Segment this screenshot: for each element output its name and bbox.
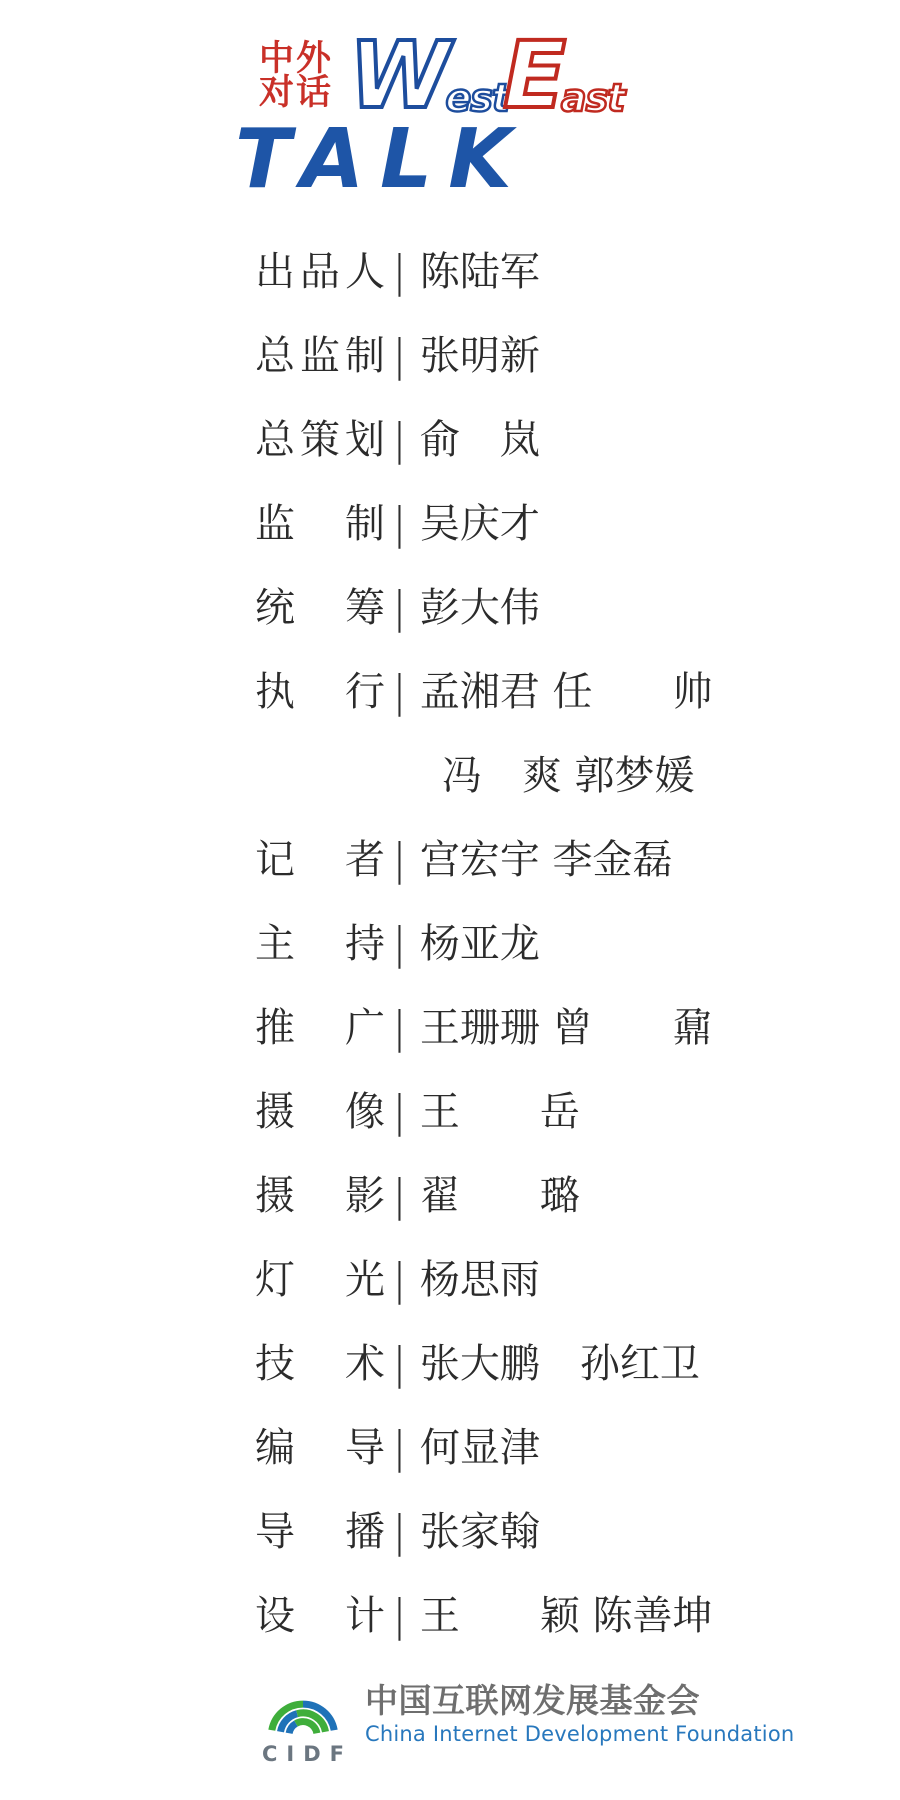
credit-role-label: 监制 bbox=[255, 482, 385, 566]
credit-row: 出品人 | 陈陆军 bbox=[255, 230, 713, 314]
credit-row: 统筹 | 彭大伟 bbox=[255, 566, 713, 650]
we-west-initial: W bbox=[349, 34, 450, 119]
pipe-divider: | bbox=[392, 1154, 407, 1238]
brand-talk-wordmark: TALK bbox=[235, 125, 624, 195]
pipe-divider: | bbox=[392, 1490, 407, 1574]
credit-row: 记者 | 宫宏宇 李金磊 bbox=[255, 818, 713, 902]
credit-names: 王 岳 bbox=[420, 1070, 580, 1154]
credit-names: 彭大伟 bbox=[420, 566, 540, 650]
credit-role-label: 灯光 bbox=[255, 1238, 385, 1322]
credit-row: 摄影 | 翟 璐 bbox=[255, 1154, 713, 1238]
credit-row: 总监制 | 张明新 bbox=[255, 314, 713, 398]
pipe-divider: | bbox=[392, 818, 407, 902]
credit-names-multiline: 孟湘君 任 帅 冯 爽 郭梦媛 bbox=[420, 650, 713, 818]
cidf-acronym-label: CIDF bbox=[253, 1742, 353, 1766]
credit-role-label: 统筹 bbox=[255, 566, 385, 650]
credit-role-label: 设计 bbox=[255, 1574, 385, 1658]
pipe-divider: | bbox=[392, 398, 407, 482]
we-east-suffix: ast bbox=[561, 79, 624, 117]
brand-logo-top: 中外 对话 W est E ast bbox=[235, 34, 624, 119]
we-east-initial: E bbox=[503, 34, 566, 119]
credit-row: 执行 | 孟湘君 任 帅 冯 爽 郭梦媛 bbox=[255, 650, 713, 818]
pipe-divider: | bbox=[392, 1070, 407, 1154]
pipe-divider: | bbox=[392, 1574, 407, 1658]
pipe-divider: | bbox=[392, 482, 407, 566]
brand-cn-text: 中外 对话 bbox=[259, 42, 333, 110]
credit-names: 吴庆才 bbox=[420, 482, 540, 566]
credit-names: 何显津 bbox=[420, 1406, 540, 1490]
credit-row: 摄像 | 王 岳 bbox=[255, 1070, 713, 1154]
credit-row: 主持 | 杨亚龙 bbox=[255, 902, 713, 986]
credit-names: 杨亚龙 bbox=[420, 902, 540, 986]
pipe-divider: | bbox=[392, 566, 407, 650]
pipe-divider: | bbox=[392, 1322, 407, 1406]
pipe-divider: | bbox=[392, 230, 407, 314]
credit-row: 灯光 | 杨思雨 bbox=[255, 1238, 713, 1322]
credit-role-label: 总策划 bbox=[255, 398, 385, 482]
brand-we-wordmark: W est E ast bbox=[349, 34, 624, 119]
credit-names: 王 颖 陈善坤 bbox=[420, 1574, 713, 1658]
credit-names: 孟湘君 任 帅 bbox=[420, 650, 713, 734]
credit-names: 王珊珊 曾 鼐 bbox=[420, 986, 713, 1070]
credit-row: 总策划 | 俞 岚 bbox=[255, 398, 713, 482]
credit-row: 导播 | 张家翰 bbox=[255, 1490, 713, 1574]
cidf-logo-icon bbox=[255, 1683, 351, 1741]
pipe-divider: | bbox=[392, 902, 407, 986]
credit-names: 俞 岚 bbox=[420, 398, 540, 482]
brand-logo: 中外 对话 W est E ast TALK bbox=[235, 34, 624, 194]
credit-names: 杨思雨 bbox=[420, 1238, 540, 1322]
credit-role-label: 主持 bbox=[255, 902, 385, 986]
pipe-divider: | bbox=[392, 986, 407, 1070]
credit-row: 技术 | 张大鹏 孙红卫 bbox=[255, 1322, 713, 1406]
pipe-divider: | bbox=[392, 1238, 407, 1322]
credit-names: 翟 璐 bbox=[420, 1154, 580, 1238]
credit-names: 陈陆军 bbox=[420, 230, 540, 314]
credit-role-label: 技术 bbox=[255, 1322, 385, 1406]
credit-row: 推广 | 王珊珊 曾 鼐 bbox=[255, 986, 713, 1070]
credit-names-continuation: 冯 爽 郭梦媛 bbox=[420, 734, 713, 818]
credit-row: 设计 | 王 颖 陈善坤 bbox=[255, 1574, 713, 1658]
cidf-org-name-en: China Internet Development Foundation bbox=[365, 1722, 794, 1746]
credit-role-label: 摄像 bbox=[255, 1070, 385, 1154]
credit-role-label: 执行 bbox=[255, 650, 385, 734]
cidf-org-names: 中国互联网发展基金会 China Internet Development Fo… bbox=[365, 1683, 794, 1746]
credit-role-label: 记者 bbox=[255, 818, 385, 902]
credit-role-label: 总监制 bbox=[255, 314, 385, 398]
credit-row: 编导 | 何显津 bbox=[255, 1406, 713, 1490]
credit-role-label: 推广 bbox=[255, 986, 385, 1070]
credit-names: 宫宏宇 李金磊 bbox=[420, 818, 673, 902]
pipe-divider: | bbox=[392, 1406, 407, 1490]
pipe-divider: | bbox=[392, 650, 407, 734]
credit-names: 张大鹏 孙红卫 bbox=[420, 1322, 700, 1406]
footer-cidf: CIDF 中国互联网发展基金会 China Internet Developme… bbox=[253, 1683, 794, 1766]
cidf-org-name-cn: 中国互联网发展基金会 bbox=[365, 1683, 794, 1719]
cidf-badge: CIDF bbox=[253, 1683, 353, 1766]
credits-list: 出品人 | 陈陆军 总监制 | 张明新 总策划 | 俞 岚 监制 | 吴庆才 统… bbox=[255, 230, 713, 1658]
credit-role-label: 摄影 bbox=[255, 1154, 385, 1238]
credits-poster: 中外 对话 W est E ast TALK 出品人 | 陈陆军 总监制 | 张… bbox=[0, 0, 900, 1800]
we-west-suffix: est bbox=[446, 79, 510, 117]
brand-cn-line2: 对话 bbox=[259, 76, 333, 110]
pipe-divider: | bbox=[392, 314, 407, 398]
credit-names: 张家翰 bbox=[420, 1490, 540, 1574]
credit-names: 张明新 bbox=[420, 314, 540, 398]
credit-role-label: 编导 bbox=[255, 1406, 385, 1490]
credit-role-label: 出品人 bbox=[255, 230, 385, 314]
brand-cn-line1: 中外 bbox=[259, 42, 333, 76]
credit-row: 监制 | 吴庆才 bbox=[255, 482, 713, 566]
credit-role-label: 导播 bbox=[255, 1490, 385, 1574]
